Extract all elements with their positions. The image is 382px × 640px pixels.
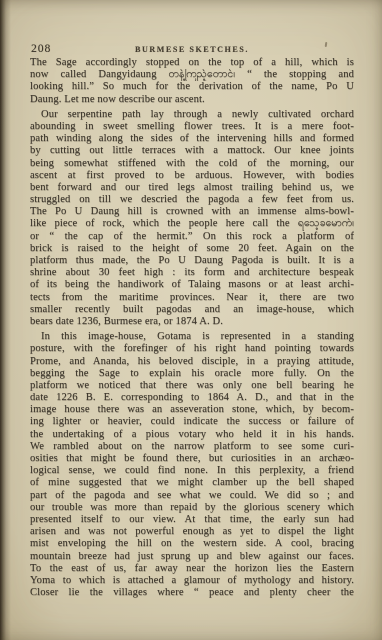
text-line: image house there was an asseveration st… <box>30 404 354 416</box>
text-line: The Sage accordingly stopped on the top … <box>30 57 354 69</box>
text-line: mountain breeze had just sprung up and b… <box>30 551 354 563</box>
text-line: To the east of us, far away near the hor… <box>30 563 354 575</box>
text-line: Yoma to which is attached a glamour of m… <box>30 575 354 587</box>
text-line: mist enveloping the hill on the western … <box>30 538 354 550</box>
paragraph: The Sage accordingly stopped on the top … <box>30 57 354 106</box>
text-line: brick is raised to the height of some 20… <box>30 243 354 255</box>
text-line: Our serpentine path lay through a newly … <box>30 109 354 121</box>
text-line: part of the pagoda and see what we could… <box>30 490 354 502</box>
text-line: of its being the handiwork of Talaing ma… <box>30 279 354 291</box>
text-line: osities that might be found there, but c… <box>30 453 354 465</box>
text-line: Daung. Let me now describe our ascent. <box>30 94 354 106</box>
text-line: or “ the cap of the hermit.” On this roc… <box>30 231 354 243</box>
text-line: smaller recently built pagodas and an im… <box>30 304 354 316</box>
text-line: bears date 1236, Burmese era, or 1874 A.… <box>30 316 354 328</box>
text-line: struggled on till we descried the pagoda… <box>30 194 354 206</box>
text-line: We rambled about on the narrow platform … <box>30 441 354 453</box>
running-title: BURMESE SKETCHES. <box>30 45 354 54</box>
text-line: begging the Sage to explain his oracle m… <box>30 368 354 380</box>
page-gutter-shadow <box>0 0 14 640</box>
text-line: The Po U Daung hill is crowned with an i… <box>30 206 354 218</box>
page-header: 208 BURMESE SKETCHES. <box>30 43 354 56</box>
book-page-scan: 208 BURMESE SKETCHES. The Sage according… <box>0 0 382 640</box>
text-line: of mine suggested that we might clamber … <box>30 477 354 489</box>
text-line: being somewhat stiffened with the cold o… <box>30 158 354 170</box>
text-line: arisen and was not powerful enough as ye… <box>30 526 354 538</box>
text-line: In this image-house, Gotama is represent… <box>30 331 354 343</box>
text-line: bent forward and our tired legs almost t… <box>30 182 354 194</box>
text-line: tects from the maritime provinces. Near … <box>30 292 354 304</box>
text-line: like piece of rock, which the people her… <box>30 218 354 230</box>
text-line: abounding in sweet smelling flower trees… <box>30 121 354 133</box>
text-line: ascent at first proved to be arduous. Ho… <box>30 170 354 182</box>
text-line: path winding along the sides of the inte… <box>30 133 354 145</box>
text-line: Prome, and Ananda, his beloved disciple,… <box>30 356 354 368</box>
text-line: our trouble was more than repaid by the … <box>30 502 354 514</box>
page-body-text: The Sage accordingly stopped on the top … <box>30 57 354 599</box>
paragraph: In this image-house, Gotama is represent… <box>30 331 354 599</box>
text-line: posture, with the forefinger of his righ… <box>30 343 354 355</box>
text-line: shrine about 30 feet high : its form and… <box>30 267 354 279</box>
text-line: date 1226 B. E. corresponding to 1864 A.… <box>30 392 354 404</box>
text-line: presented itself to our view. At that ti… <box>30 514 354 526</box>
paragraph: Our serpentine path lay through a newly … <box>30 109 354 328</box>
text-line: logical sense, we could find none. In th… <box>30 465 354 477</box>
text-line: ing lighter or heavier, could indicate t… <box>30 416 354 428</box>
text-line: the undertaking of a pious votary who he… <box>30 429 354 441</box>
text-line: by cutting out little terraces with a ma… <box>30 145 354 157</box>
text-line: now called Dangyidaung တန့်ကြည့်တောင်၊ “… <box>30 69 354 81</box>
text-line: Closer lie the villages where “ peace an… <box>30 587 354 599</box>
text-line: looking hill.” So much for the derivatio… <box>30 81 354 93</box>
text-line: platform we noticed that there was only … <box>30 380 354 392</box>
text-line: platform thus made, the Po U Daung Pagod… <box>30 255 354 267</box>
